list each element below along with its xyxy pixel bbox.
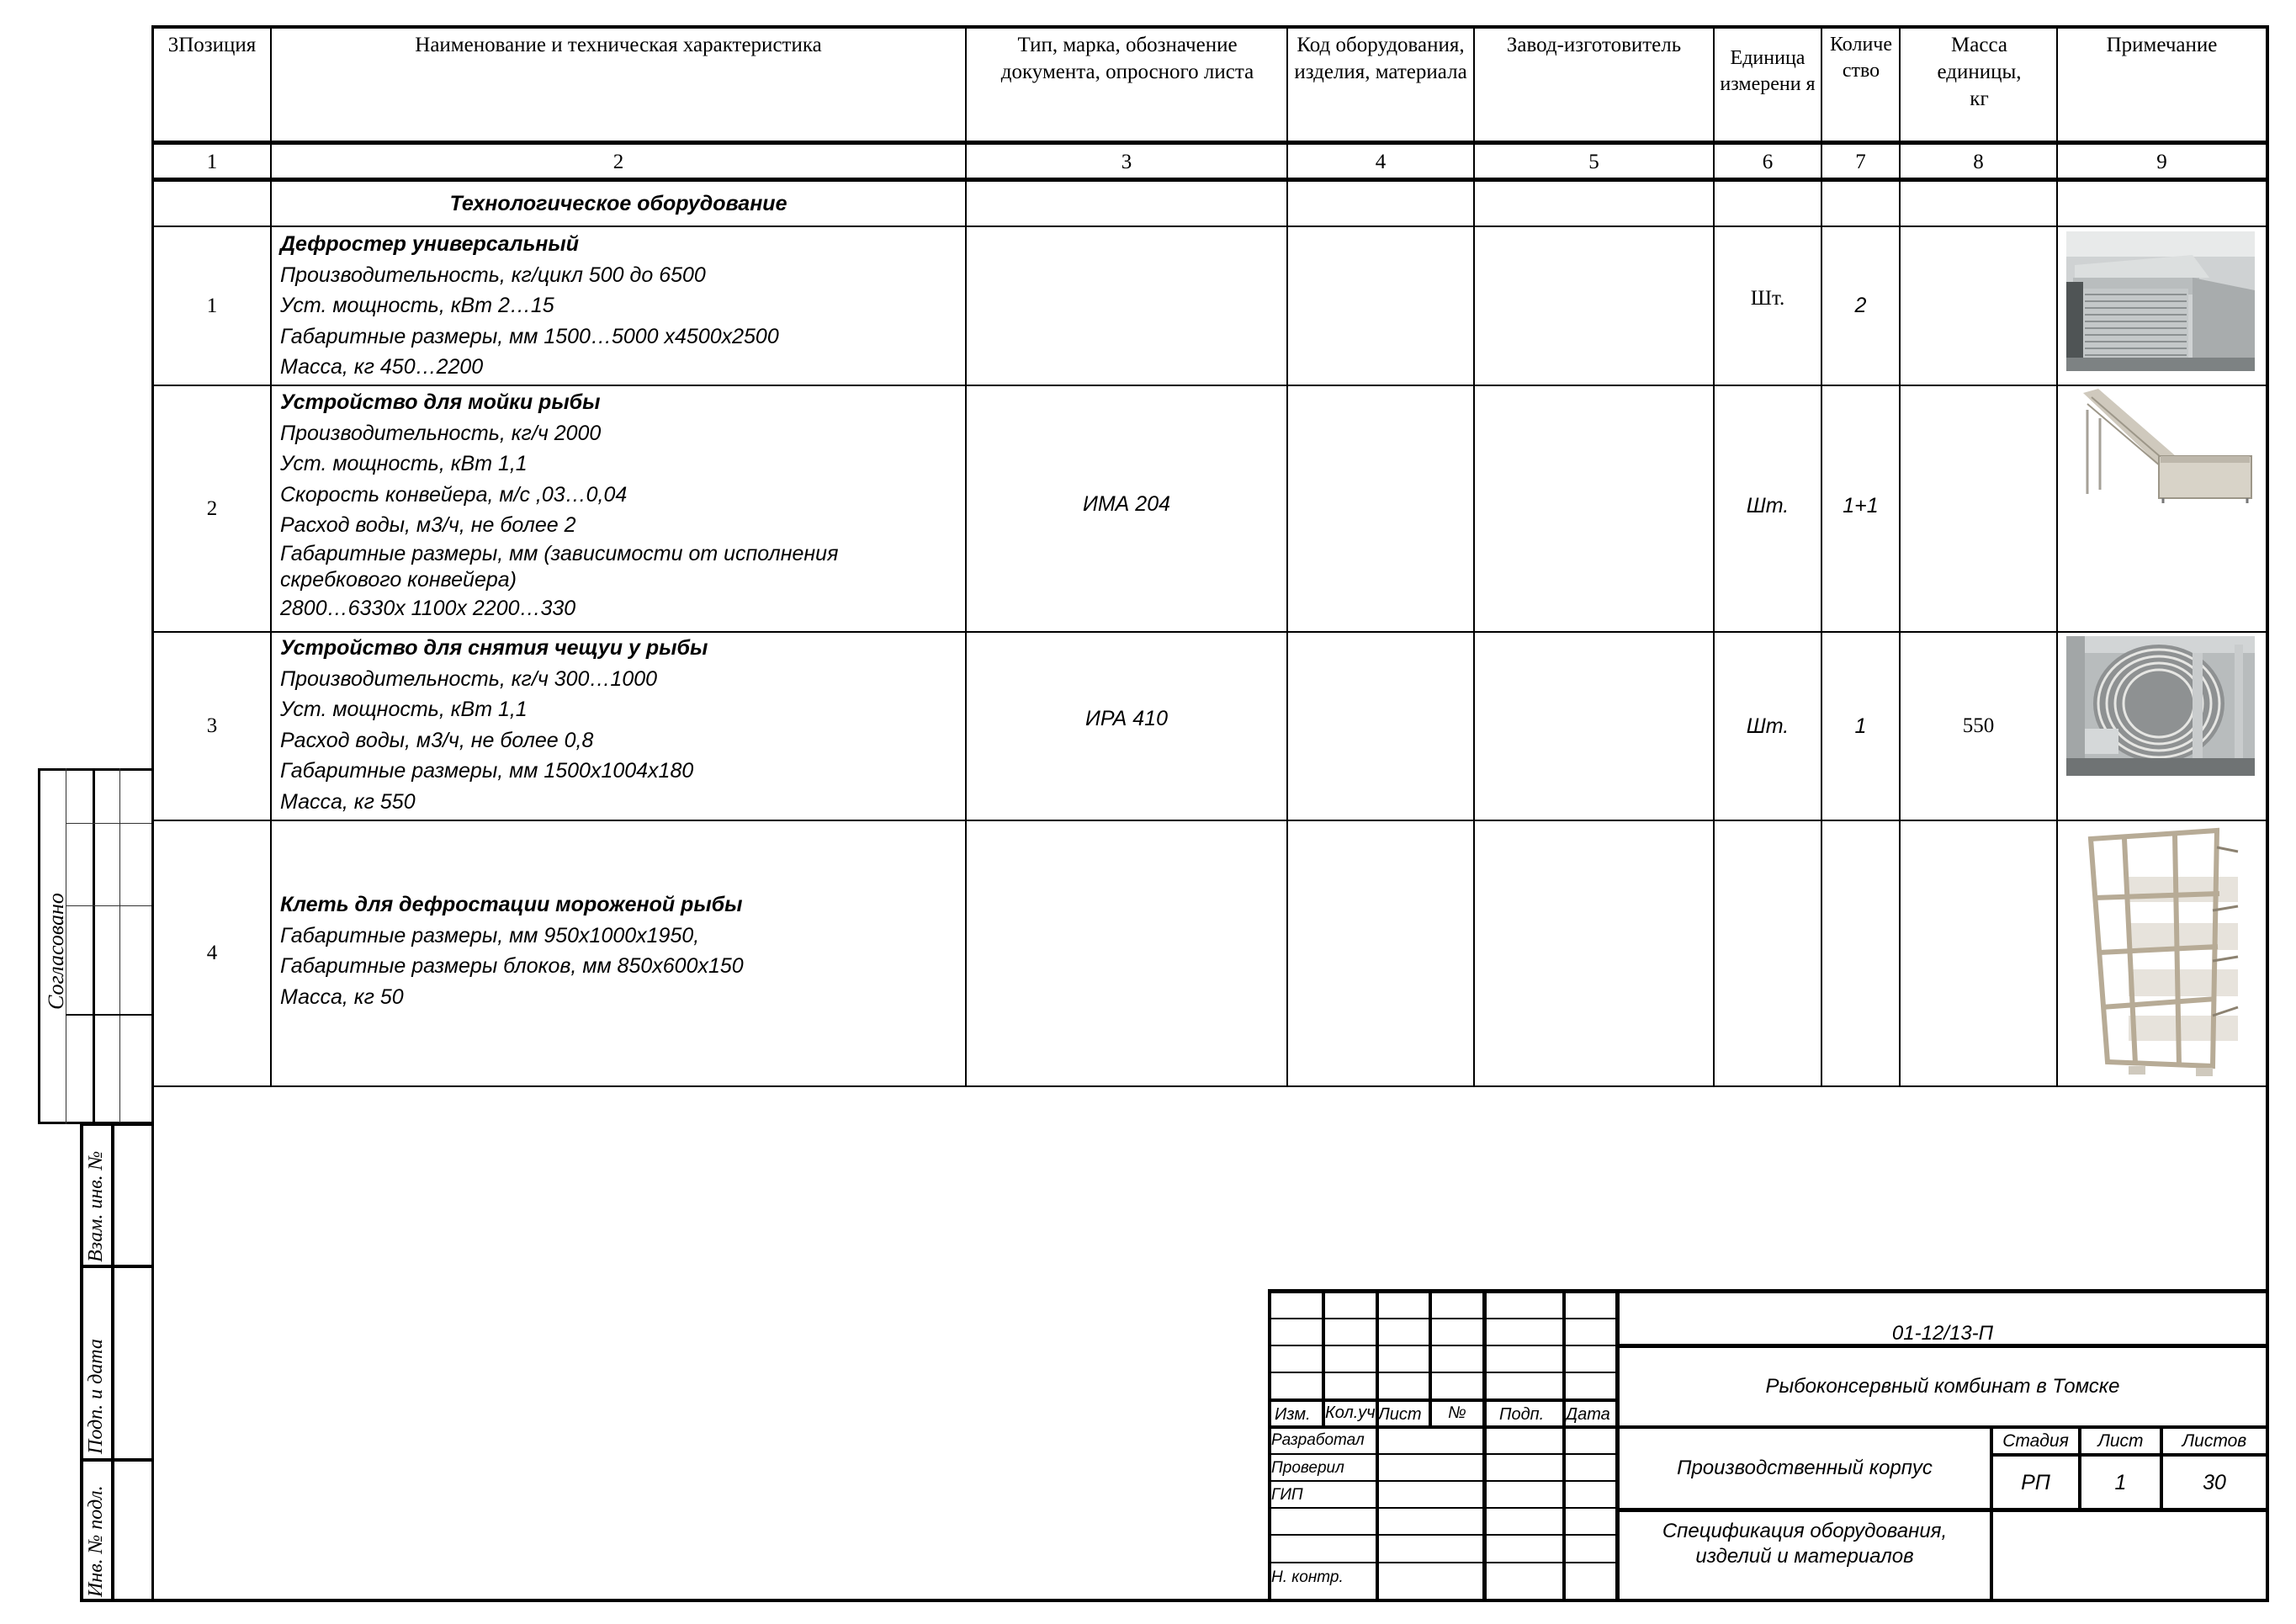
header-code: Код оборудования, изделия, материала	[1288, 32, 1473, 86]
col-number-8: 8	[1901, 143, 2056, 181]
row-description: Клеть для дефростации мороженой рыбы Габ…	[272, 889, 965, 1012]
rev-header-signature: Подп.	[1499, 1402, 1544, 1427]
row-position: 3	[154, 633, 270, 820]
spec-line: Расход воды, м3/ч, не более 0,8	[280, 725, 965, 756]
row-quantity: 1+1	[1822, 386, 1899, 631]
sign-date-label: Подп. и дата	[85, 1339, 108, 1454]
header-name: Наименование и техническая характеристик…	[272, 32, 965, 59]
spec-line: Уст. мощность, кВт 1,1	[280, 448, 965, 480]
spec-line: Габаритные размеры, мм 1500х1004х180	[280, 756, 965, 787]
col-number-1: 1	[154, 143, 270, 181]
header-mass: Масса единицы, кг	[1927, 32, 2032, 113]
sheet-label: Лист	[2081, 1429, 2160, 1453]
rev-header-sheet: Лист	[1378, 1402, 1422, 1427]
col-number-5: 5	[1475, 143, 1713, 181]
fish-scaler-drum-photo	[2066, 636, 2255, 776]
row-description: Устройство для снятия чещуи у рыбы Произ…	[272, 633, 965, 817]
project-name: Рыбоконсервный комбинат в Томске	[1620, 1348, 2266, 1425]
agreed-label: Согласовано	[44, 893, 69, 1010]
header-note: Примечание	[2058, 32, 2266, 59]
row-position: 4	[154, 821, 270, 1085]
spec-line: Производительность, кг/цикл 500 до 6500	[280, 260, 965, 291]
header-position: 3Позиция	[154, 32, 270, 59]
rev-header-date: Дата	[1566, 1402, 1610, 1427]
rev-header-change: Изм.	[1275, 1402, 1311, 1427]
item-name: Клеть для дефростации мороженой рыбы	[280, 889, 965, 921]
item-name: Устройство для снятия чещуи у рыбы	[280, 633, 965, 664]
sheets-label: Листов	[2163, 1429, 2266, 1453]
item-name: Дефростер универсальный	[280, 229, 965, 260]
col-number-3: 3	[967, 143, 1286, 181]
role-checked: Проверил	[1271, 1456, 1344, 1481]
sheet-value: 1	[2081, 1457, 2160, 1509]
spec-line: Габаритные размеры, мм 950х1000х1950,	[280, 921, 965, 952]
row-unit: Шт.	[1715, 227, 1821, 370]
row-description: Дефростер универсальный Производительнос…	[272, 229, 965, 383]
fish-washer-conveyor-photo	[2066, 389, 2255, 505]
row-type: ИРА 410	[967, 633, 1286, 820]
stage-value: РП	[1993, 1457, 2078, 1509]
row-mass: 550	[1901, 633, 2056, 820]
replace-inv-label: Взам. инв. №	[85, 1151, 108, 1262]
spec-line: Габаритные размеры блоков, мм 850х600х15…	[280, 951, 965, 982]
row-unit: Шт.	[1715, 386, 1821, 631]
spec-line: Уст. мощность, кВт 2…15	[280, 290, 965, 321]
building-name: Производственный корпус	[1620, 1429, 1990, 1508]
row-position: 1	[154, 227, 270, 385]
header-manufacturer: Завод-изготовитель	[1475, 32, 1713, 59]
rev-header-qty: Кол.уч	[1325, 1400, 1376, 1425]
row-quantity: 1	[1822, 633, 1899, 820]
defrost-rack-photo	[2078, 826, 2255, 1080]
col-number-4: 4	[1288, 143, 1473, 181]
spec-line: Скорость конвейера, м/с ,03…0,04	[280, 480, 965, 511]
row-description: Устройство для мойки рыбы Производительн…	[272, 387, 965, 624]
col-number-6: 6	[1715, 143, 1821, 181]
spec-line: Масса, кг 450…2200	[280, 352, 965, 383]
document-title: Спецификация оборудования, изделий и мат…	[1649, 1515, 1960, 1574]
spec-line: Масса, кг 550	[280, 787, 965, 818]
role-chief-engineer: ГИП	[1271, 1483, 1303, 1508]
item-name: Устройство для мойки рыбы	[280, 387, 965, 418]
section-title: Технологическое оборудование	[272, 182, 965, 226]
doc-code: 01-12/13-П	[1620, 1323, 2266, 1345]
spec-line: Габаритные размеры, мм (зависимости от и…	[280, 541, 920, 593]
row-type: ИМА 204	[967, 386, 1286, 631]
spec-line: 2800…6330х 1100х 2200…330	[280, 593, 965, 624]
col-number-7: 7	[1822, 143, 1899, 181]
spec-line: Габаритные размеры, мм 1500…5000 х4500х2…	[280, 321, 965, 353]
inv-orig-label: Инв. № подл.	[85, 1485, 108, 1597]
row-unit: Шт.	[1715, 633, 1821, 820]
header-type: Тип, марка, обозначение документа, опрос…	[976, 32, 1279, 86]
spec-line: Уст. мощность, кВт 1,1	[280, 694, 965, 725]
role-norm-control: Н. контр.	[1271, 1565, 1344, 1590]
role-developed: Разработал	[1271, 1428, 1365, 1453]
spec-line: Производительность, кг/ч 300…1000	[280, 664, 965, 695]
rev-header-doc-no: №	[1448, 1400, 1466, 1425]
col-number-2: 2	[272, 143, 965, 181]
col-number-9: 9	[2058, 143, 2266, 181]
sheets-total-value: 30	[2163, 1457, 2266, 1509]
spec-line: Производительность, кг/ч 2000	[280, 418, 965, 449]
defroster-photo	[2066, 231, 2255, 371]
row-position: 2	[154, 386, 270, 631]
stage-label: Стадия	[1993, 1429, 2078, 1453]
spec-line: Масса, кг 50	[280, 982, 965, 1013]
row-quantity: 2	[1822, 234, 1899, 377]
header-quantity: Количе ство	[1821, 32, 1901, 84]
spec-line: Расход воды, м3/ч, не более 2	[280, 510, 965, 541]
header-unit: Единица измерени я	[1716, 45, 1819, 98]
